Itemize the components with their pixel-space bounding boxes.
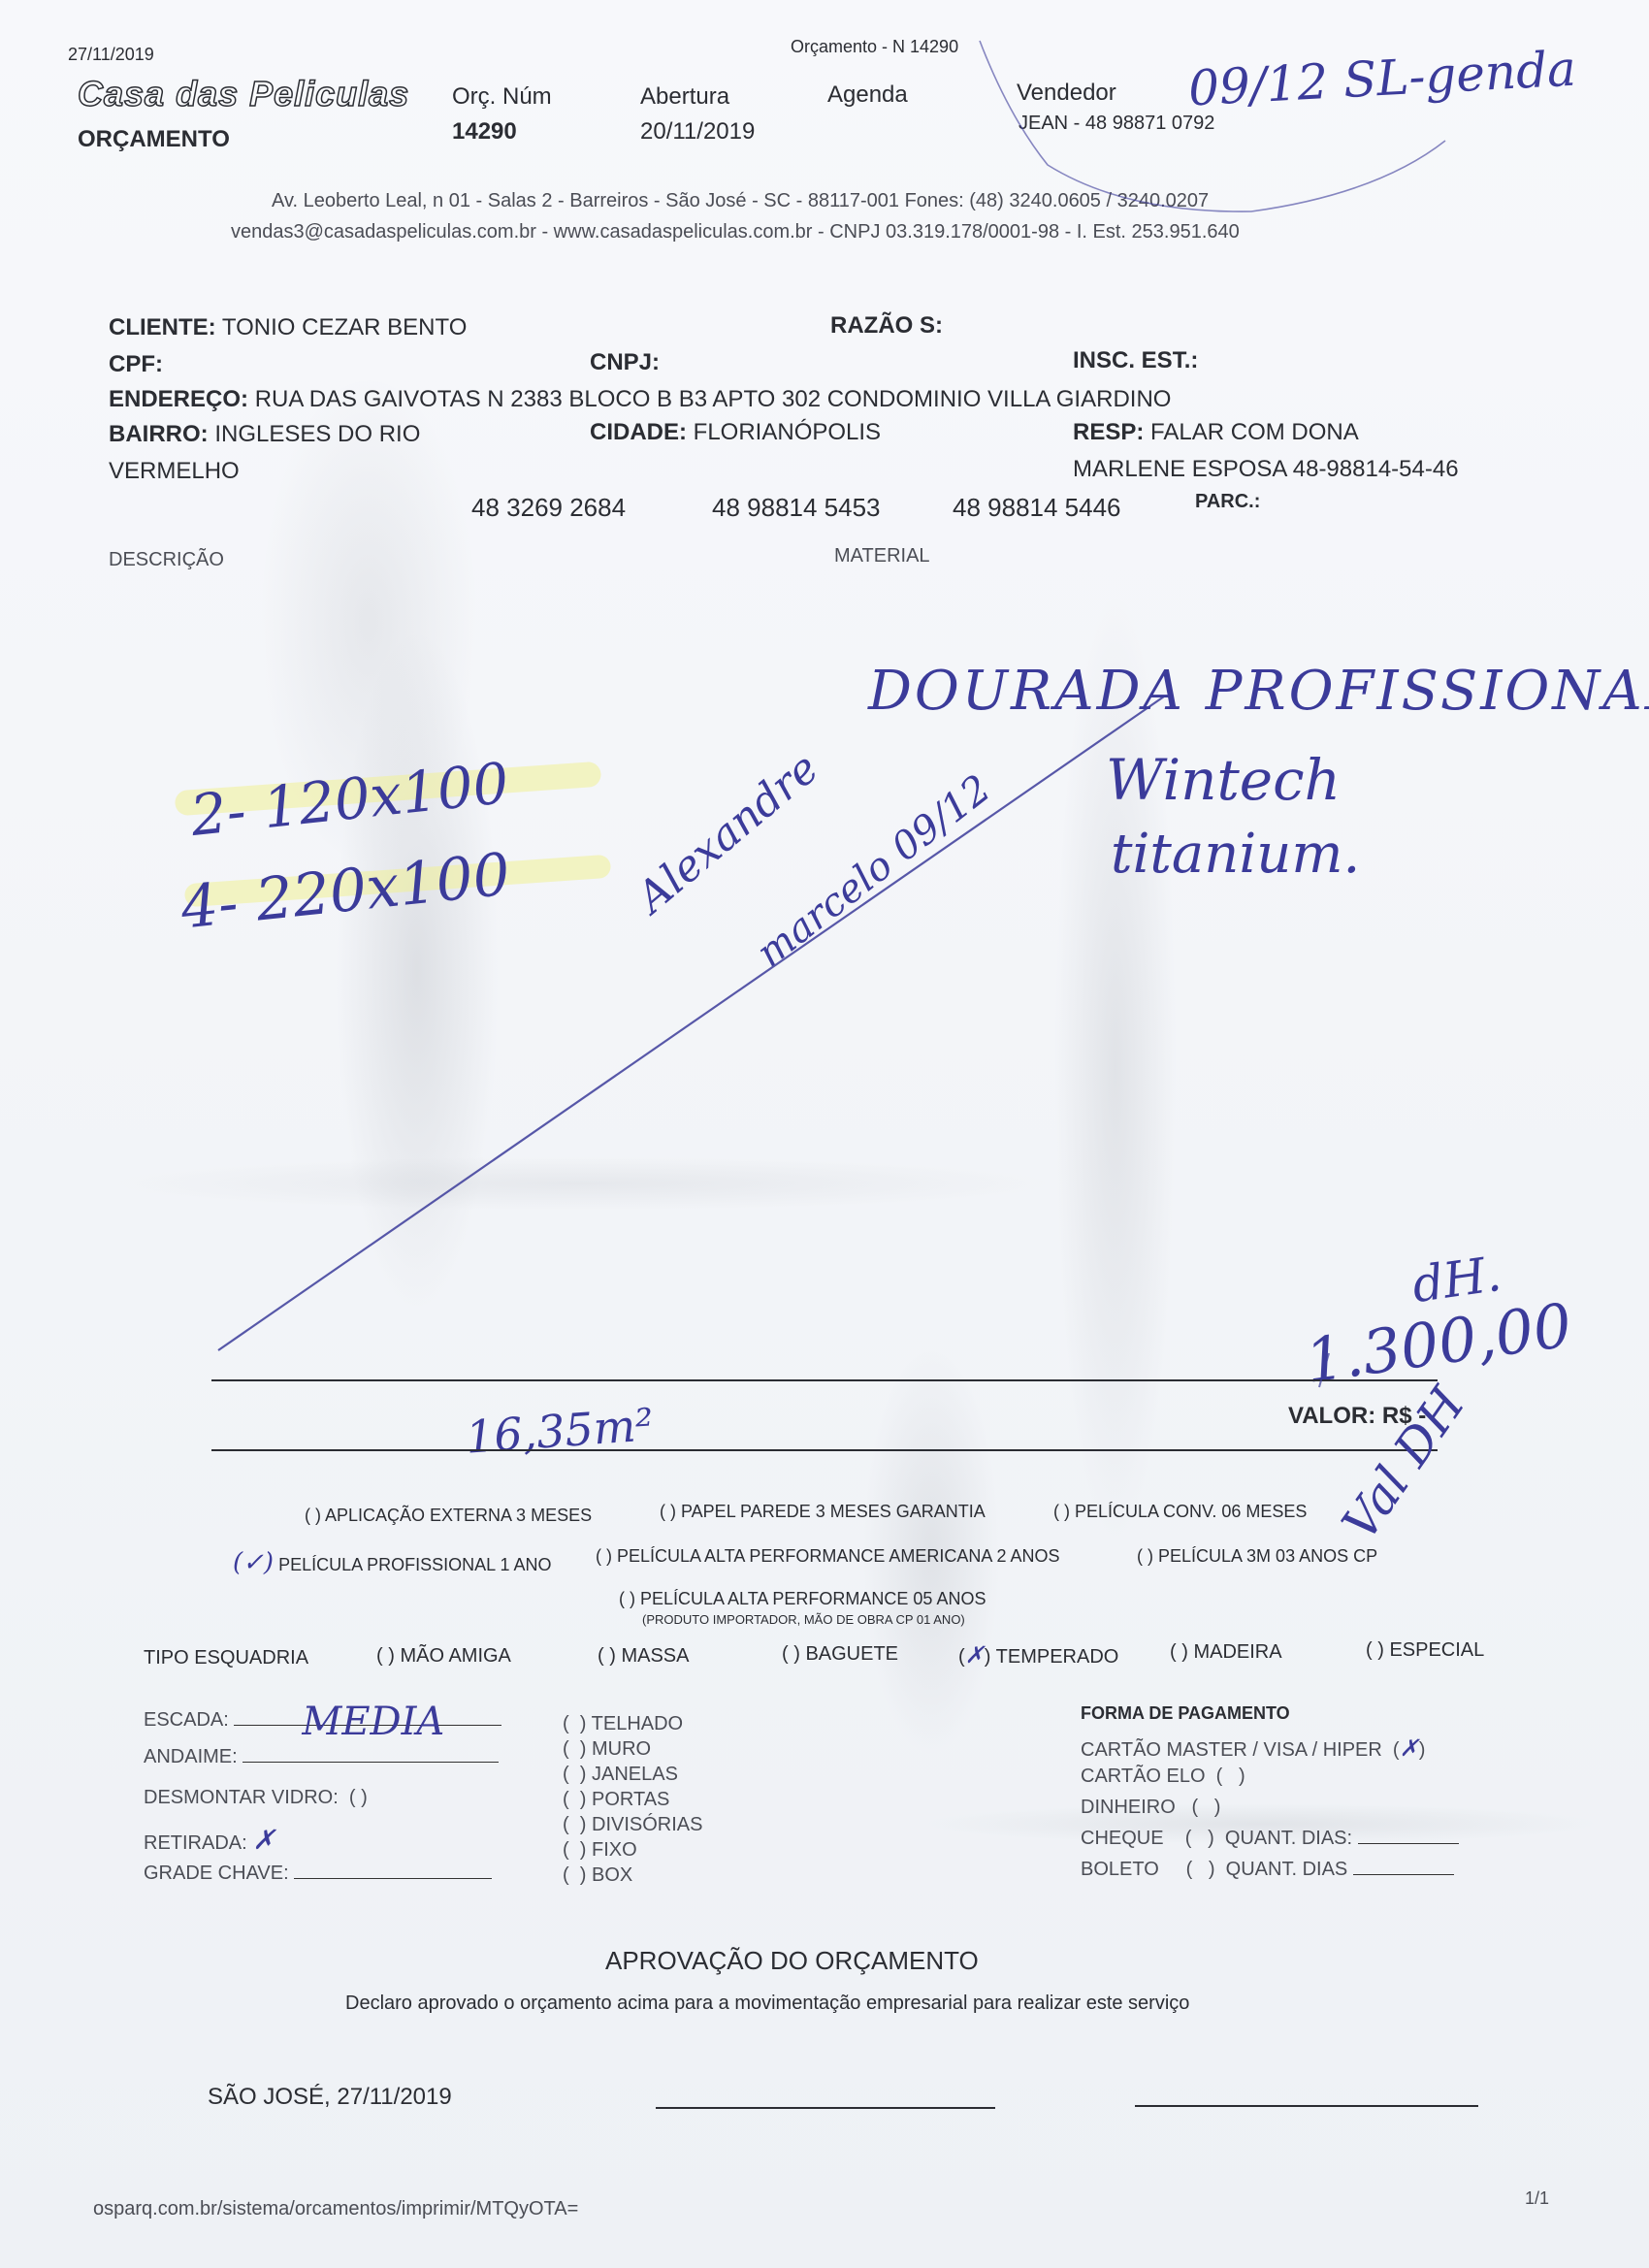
signature-line-client[interactable] — [656, 2107, 995, 2109]
payment-option[interactable]: CARTÃO ELO ( ) — [1081, 1766, 1245, 1788]
payment-label: DINHEIRO — [1081, 1797, 1176, 1818]
payment-option[interactable]: DINHEIRO ( ) — [1081, 1797, 1220, 1819]
quant-dias-label: QUANT. DIAS — [1226, 1859, 1348, 1880]
warranty-option-label: PELÍCULA ALTA PERFORMANCE AMERICANA 2 AN… — [617, 1546, 1059, 1566]
agenda-label: Agenda — [827, 81, 908, 109]
endereco-value: RUA DAS GAIVOTAS N 2383 BLOCO B B3 APTO … — [255, 386, 1172, 412]
handwritten-schedule-note: 09/12 SL-genda — [1187, 41, 1577, 117]
esquadria-option[interactable]: ( ) BAGUETE — [782, 1643, 898, 1666]
divider-line — [211, 1449, 1438, 1451]
location-label: DIVISÓRIAS — [592, 1814, 702, 1835]
escada-field[interactable]: ESCADA: MEDIA — [144, 1709, 501, 1732]
location-option[interactable]: ( ) MURO — [563, 1736, 702, 1762]
esquadria-option[interactable]: ( ) MASSA — [598, 1645, 689, 1668]
check-mark-icon: (✓) — [233, 1548, 274, 1577]
descricao-label: DESCRIÇÃO — [109, 549, 224, 571]
endereco-field: ENDEREÇO: RUA DAS GAIVOTAS N 2383 BLOCO … — [109, 386, 1171, 413]
andaime-field[interactable]: ANDAIME: — [144, 1746, 499, 1768]
vendedor-label: Vendedor — [1017, 80, 1116, 107]
warranty-option[interactable]: ( ) APLICAÇÃO EXTERNA 3 MESES — [305, 1506, 592, 1526]
grade-chave-input-line[interactable] — [294, 1878, 492, 1879]
payment-label: CHEQUE — [1081, 1828, 1164, 1849]
payment-option[interactable]: CHEQUE ( ) QUANT. DIAS: — [1081, 1828, 1459, 1850]
endereco-label: ENDEREÇO: — [109, 386, 248, 412]
cliente-field: CLIENTE: TONIO CEZAR BENTO — [109, 314, 467, 341]
bairro-value: INGLESES DO RIO — [214, 421, 420, 447]
esquadria-option[interactable]: ( ) MADEIRA — [1170, 1641, 1282, 1664]
grade-chave-label: GRADE CHAVE: — [144, 1863, 289, 1884]
esquadria-option-label: BAGUETE — [805, 1643, 898, 1665]
handwritten-item-1: 2- 120x100 — [187, 750, 511, 849]
material-label: MATERIAL — [834, 545, 930, 567]
resp-value-cont: MARLENE ESPOSA 48-98814-54-46 — [1073, 456, 1459, 483]
warranty-option-label: PELÍCULA CONV. 06 MESES — [1075, 1502, 1307, 1521]
location-option[interactable]: ( ) PORTAS — [563, 1787, 702, 1812]
warranty-option-label: PELÍCULA PROFISSIONAL 1 ANO — [278, 1555, 551, 1574]
insc-est-label: INSC. EST.: — [1073, 347, 1198, 374]
payment-option[interactable]: BOLETO ( ) QUANT. DIAS — [1081, 1859, 1454, 1881]
approval-statement: Declaro aprovado o orçamento acima para … — [345, 1993, 1189, 2015]
bairro-label: BAIRRO: — [109, 421, 209, 447]
scanned-document: 27/11/2019 Orçamento - N 14290 Casa das … — [0, 0, 1649, 2268]
location-label: MURO — [592, 1738, 651, 1760]
esquadria-option-label: TEMPERADO — [996, 1646, 1119, 1668]
location-label: FIXO — [592, 1839, 637, 1861]
orc-num-value: 14290 — [452, 118, 517, 146]
page-number: 1/1 — [1525, 2188, 1549, 2209]
quant-dias-input-line[interactable] — [1358, 1843, 1459, 1844]
check-mark-icon: ✗ — [965, 1641, 985, 1669]
desmontar-label: DESMONTAR VIDRO: — [144, 1787, 339, 1808]
cidade-label: CIDADE: — [590, 419, 687, 445]
warranty-option-checked[interactable]: (✓) PELÍCULA PROFISSIONAL 1 ANO — [233, 1548, 552, 1577]
company-contact: vendas3@casadaspeliculas.com.br - www.ca… — [231, 221, 1240, 243]
check-mark-icon: ✗ — [1400, 1734, 1419, 1762]
location-option[interactable]: ( ) DIVISÓRIAS — [563, 1812, 702, 1837]
quant-dias-input-line[interactable] — [1353, 1874, 1454, 1875]
esquadria-option-label: MÃO AMIGA — [400, 1645, 510, 1667]
payment-option-checked[interactable]: CARTÃO MASTER / VISA / HIPER (✗) — [1081, 1734, 1425, 1762]
vendedor-value: JEAN - 48 98871 0792 — [1018, 113, 1214, 135]
orc-num-label: Orç. Núm — [452, 83, 552, 111]
warranty-option-label: PELÍCULA ALTA PERFORMANCE 05 ANOS — [640, 1589, 986, 1608]
location-label: JANELAS — [592, 1764, 678, 1785]
location-list: ( ) TELHADO ( ) MURO ( ) JANELAS ( ) POR… — [563, 1711, 702, 1888]
abertura-label: Abertura — [640, 83, 729, 111]
warranty-option-label: PAPEL PAREDE 3 MESES GARANTIA — [681, 1502, 986, 1521]
location-option[interactable]: ( ) JANELAS — [563, 1762, 702, 1787]
approval-place-date: SÃO JOSÉ, 27/11/2019 — [208, 2084, 452, 2111]
cidade-value: FLORIANÓPOLIS — [694, 419, 881, 445]
cidade-field: CIDADE: FLORIANÓPOLIS — [590, 419, 881, 446]
document-type: ORÇAMENTO — [78, 126, 230, 153]
cnpj-label: CNPJ: — [590, 349, 660, 376]
handwritten-area: 16,35m² — [464, 1398, 655, 1463]
handwritten-brand-variant: titanium. — [1111, 823, 1360, 886]
phone-2: 48 98814 5453 — [712, 493, 881, 523]
handwritten-product: DOURADA PROFISSIONAL — [868, 660, 1649, 723]
signature-line-company[interactable] — [1135, 2105, 1478, 2107]
document-reference: Orçamento - N 14290 — [791, 37, 958, 57]
warranty-option[interactable]: ( ) PELÍCULA 3M 03 ANOS CP — [1137, 1546, 1377, 1567]
retirada-field[interactable]: RETIRADA: ✗ — [144, 1824, 275, 1856]
escada-input-line[interactable]: MEDIA — [234, 1725, 501, 1726]
company-address: Av. Leoberto Leal, n 01 - Salas 2 - Barr… — [272, 190, 1209, 212]
location-option[interactable]: ( ) BOX — [563, 1863, 702, 1888]
warranty-option[interactable]: ( ) PELÍCULA ALTA PERFORMANCE AMERICANA … — [596, 1546, 1059, 1567]
andaime-label: ANDAIME: — [144, 1746, 238, 1767]
cpf-label: CPF: — [109, 351, 163, 378]
esquadria-option-label: MADEIRA — [1193, 1641, 1281, 1663]
resp-label: RESP: — [1073, 419, 1144, 445]
escada-value: MEDIA — [302, 1700, 444, 1744]
grade-chave-field[interactable]: GRADE CHAVE: — [144, 1863, 492, 1885]
approval-title: APROVAÇÃO DO ORÇAMENTO — [605, 1946, 979, 1976]
abertura-value: 20/11/2019 — [640, 118, 755, 146]
cliente-value: TONIO CEZAR BENTO — [222, 314, 467, 340]
handwritten-signature: Alexandre — [628, 743, 827, 923]
cliente-label: CLIENTE: — [109, 314, 216, 340]
esquadria-label: TIPO ESQUADRIA — [144, 1647, 308, 1669]
warranty-option[interactable]: ( ) PELÍCULA CONV. 06 MESES — [1053, 1502, 1307, 1522]
razao-label: RAZÃO S: — [830, 312, 943, 340]
phone-3: 48 98814 5446 — [953, 493, 1121, 523]
phone-1: 48 3269 2684 — [471, 493, 626, 523]
payment-label: BOLETO — [1081, 1859, 1159, 1880]
esquadria-option-checked[interactable]: (✗) TEMPERADO — [958, 1641, 1118, 1669]
bairro-field: BAIRRO: INGLESES DO RIO — [109, 421, 420, 448]
payment-title: FORMA DE PAGAMENTO — [1081, 1703, 1290, 1724]
warranty-option-note: (PRODUTO IMPORTADOR, MÃO DE OBRA CP 01 A… — [642, 1612, 965, 1627]
location-label: BOX — [592, 1864, 632, 1886]
warranty-option-label: APLICAÇÃO EXTERNA 3 MESES — [325, 1506, 592, 1525]
company-logo: Casa das Peliculas — [78, 74, 409, 114]
resp-field: RESP: FALAR COM DONA — [1073, 419, 1359, 446]
payment-label: CARTÃO MASTER / VISA / HIPER — [1081, 1739, 1382, 1761]
print-date: 27/11/2019 — [68, 45, 154, 65]
warranty-option[interactable]: ( ) PAPEL PAREDE 3 MESES GARANTIA — [660, 1502, 986, 1522]
footer-url: osparq.com.br/sistema/orcamentos/imprimi… — [93, 2198, 578, 2220]
divider-line — [211, 1379, 1438, 1381]
handwritten-item-2: 4- 220x100 — [178, 840, 513, 942]
esquadria-option[interactable]: ( ) MÃO AMIGA — [376, 1645, 511, 1668]
parc-label: PARC.: — [1195, 491, 1260, 513]
esquadria-option[interactable]: ( ) ESPECIAL — [1366, 1639, 1484, 1662]
check-mark-icon: ✗ — [252, 1824, 275, 1856]
location-option[interactable]: ( ) TELHADO — [563, 1711, 702, 1736]
andaime-input-line[interactable] — [242, 1762, 499, 1763]
escada-label: ESCADA: — [144, 1709, 229, 1731]
warranty-option-label: PELÍCULA 3M 03 ANOS CP — [1158, 1546, 1377, 1566]
esquadria-option-label: ESPECIAL — [1389, 1639, 1484, 1661]
warranty-option[interactable]: ( ) PELÍCULA ALTA PERFORMANCE 05 ANOS — [619, 1589, 986, 1609]
resp-value: FALAR COM DONA — [1150, 419, 1359, 445]
quant-dias-label: QUANT. DIAS: — [1225, 1828, 1352, 1849]
location-option[interactable]: ( ) FIXO — [563, 1837, 702, 1863]
desmontar-field[interactable]: DESMONTAR VIDRO: ( ) — [144, 1787, 368, 1809]
esquadria-option-label: MASSA — [621, 1645, 689, 1667]
location-label: PORTAS — [592, 1789, 669, 1810]
handwritten-brand: Wintech — [1106, 747, 1341, 813]
payment-label: CARTÃO ELO — [1081, 1766, 1206, 1787]
location-label: TELHADO — [592, 1713, 683, 1734]
retirada-label: RETIRADA: — [144, 1832, 247, 1854]
bairro-value-cont: VERMELHO — [109, 458, 240, 485]
